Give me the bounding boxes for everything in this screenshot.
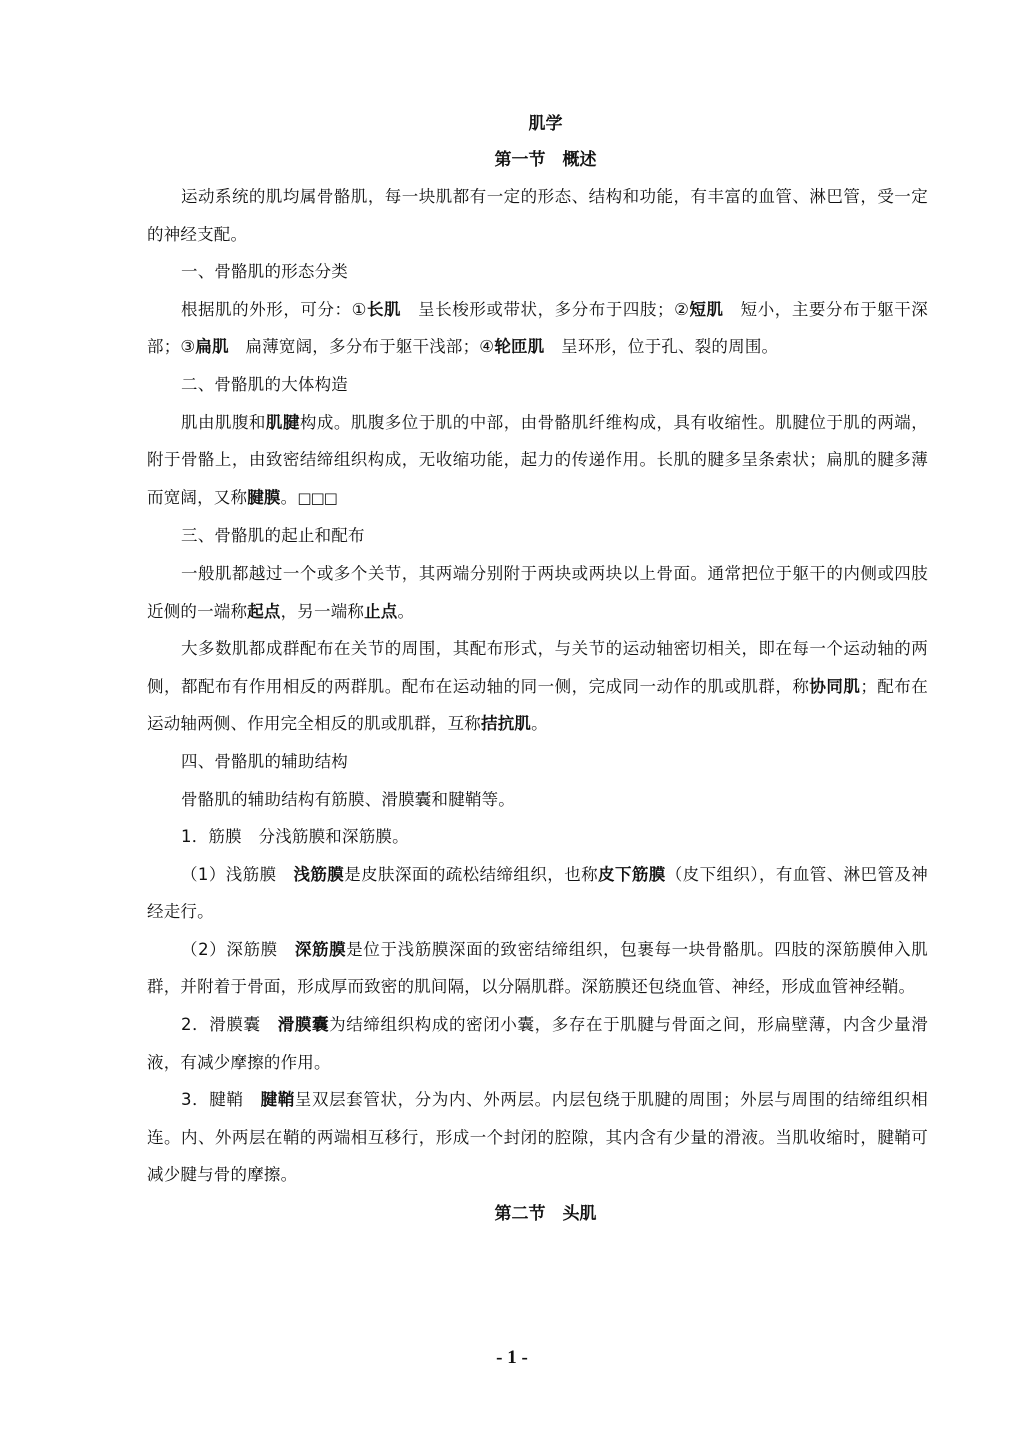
paragraph-structure: 肌由肌腹和肌腱构成。肌腹多位于肌的中部，由骨骼肌纤维构成，具有收缩性。肌腱位于肌… (147, 404, 928, 518)
term-origin: 起点 (247, 602, 280, 621)
page-number: - 1 - (0, 1347, 1024, 1369)
term-synergist: 协同肌 (809, 677, 860, 696)
item-tendon-sheath: 3．腱鞘 腱鞘呈双层套管状，分为内、外两层。内层包绕于肌腱的周围；外层与周围的结… (147, 1081, 928, 1194)
paragraph-accessory-intro: 骨骼肌的辅助结构有筋膜、滑膜囊和腱鞘等。 (147, 781, 928, 819)
missing-glyph-boxes: □□□ (297, 489, 337, 507)
text: 。 (281, 488, 298, 507)
text: 扁薄宽阔，多分布于躯干浅部；④ (229, 337, 495, 356)
section-heading-1: 第一节 概述 (147, 142, 928, 178)
term-synovial-bursa: 滑膜囊 (278, 1015, 329, 1034)
term-orbicular-muscle: 轮匝肌 (494, 337, 544, 356)
subheading-structure: 二、骨骼肌的大体构造 (147, 366, 928, 404)
term-short-muscle: 短肌 (689, 300, 723, 319)
term-tendon: 肌腱 (266, 413, 300, 432)
term-flat-muscle: 扁肌 (195, 337, 228, 356)
text: 呈长梭形或带状，多分布于四肢；② (401, 300, 689, 319)
intro-paragraph: 运动系统的肌均属骨骼肌，每一块肌都有一定的形态、结构和功能，有丰富的血管、淋巴管… (147, 178, 928, 253)
item-fascia: 1．筋膜 分浅筋膜和深筋膜。 (147, 818, 928, 856)
section-heading-2: 第二节 头肌 (147, 1196, 928, 1232)
document-title: 肌学 (147, 106, 928, 142)
term-superficial-fascia: 浅筋膜 (293, 865, 344, 884)
term-insertion: 止点 (364, 602, 397, 621)
term-aponeurosis: 腱膜 (247, 488, 280, 507)
text: ，另一端称 (281, 602, 365, 621)
subheading-accessory-structures: 四、骨骼肌的辅助结构 (147, 743, 928, 781)
text: 是皮肤深面的疏松结缔组织，也称 (344, 865, 598, 884)
item-deep-fascia: （2）深筋膜 深筋膜是位于浅筋膜深面的致密结缔组织，包裹每一块骨骼肌。四肢的深筋… (147, 931, 928, 1006)
text: 。 (531, 714, 548, 733)
label: （1）浅筋膜 (181, 865, 293, 884)
label: 2．滑膜囊 (181, 1015, 278, 1034)
term-tendon-sheath: 腱鞘 (261, 1090, 295, 1109)
label: 3．腱鞘 (181, 1090, 261, 1109)
label: （2）深筋膜 (181, 940, 295, 959)
paragraph-morphology: 根据肌的外形，可分：①长肌 呈长梭形或带状，多分布于四肢；②短肌 短小，主要分布… (147, 291, 928, 366)
term-subcutaneous-fascia: 皮下筋膜 (598, 865, 666, 884)
paragraph-arrangement: 大多数肌都成群配布在关节的周围，其配布形式，与关节的运动轴密切相关，即在每一个运… (147, 630, 928, 743)
item-superficial-fascia: （1）浅筋膜 浅筋膜是皮肤深面的疏松结缔组织，也称皮下筋膜（皮下组织），有血管、… (147, 856, 928, 931)
term-long-muscle: 长肌 (367, 300, 401, 319)
text: 。 (398, 602, 415, 621)
item-synovial-bursa: 2．滑膜囊 滑膜囊为结缔组织构成的密闭小囊，多存在于肌腱与骨面之间，形扁壁薄，内… (147, 1006, 928, 1081)
text: 根据肌的外形，可分：① (181, 300, 367, 319)
term-deep-fascia: 深筋膜 (295, 940, 346, 959)
paragraph-origin-insertion: 一般肌都越过一个或多个关节，其两端分别附于两块或两块以上骨面。通常把位于躯干的内… (147, 555, 928, 630)
text: 肌由肌腹和 (181, 413, 266, 432)
subheading-morphology: 一、骨骼肌的形态分类 (147, 253, 928, 291)
document-page: 肌学 第一节 概述 运动系统的肌均属骨骼肌，每一块肌都有一定的形态、结构和功能，… (147, 106, 928, 1232)
term-antagonist: 拮抗肌 (481, 714, 531, 733)
text: 呈环形，位于孔、裂的周围。 (544, 337, 778, 356)
subheading-origin-insertion: 三、骨骼肌的起止和配布 (147, 517, 928, 555)
